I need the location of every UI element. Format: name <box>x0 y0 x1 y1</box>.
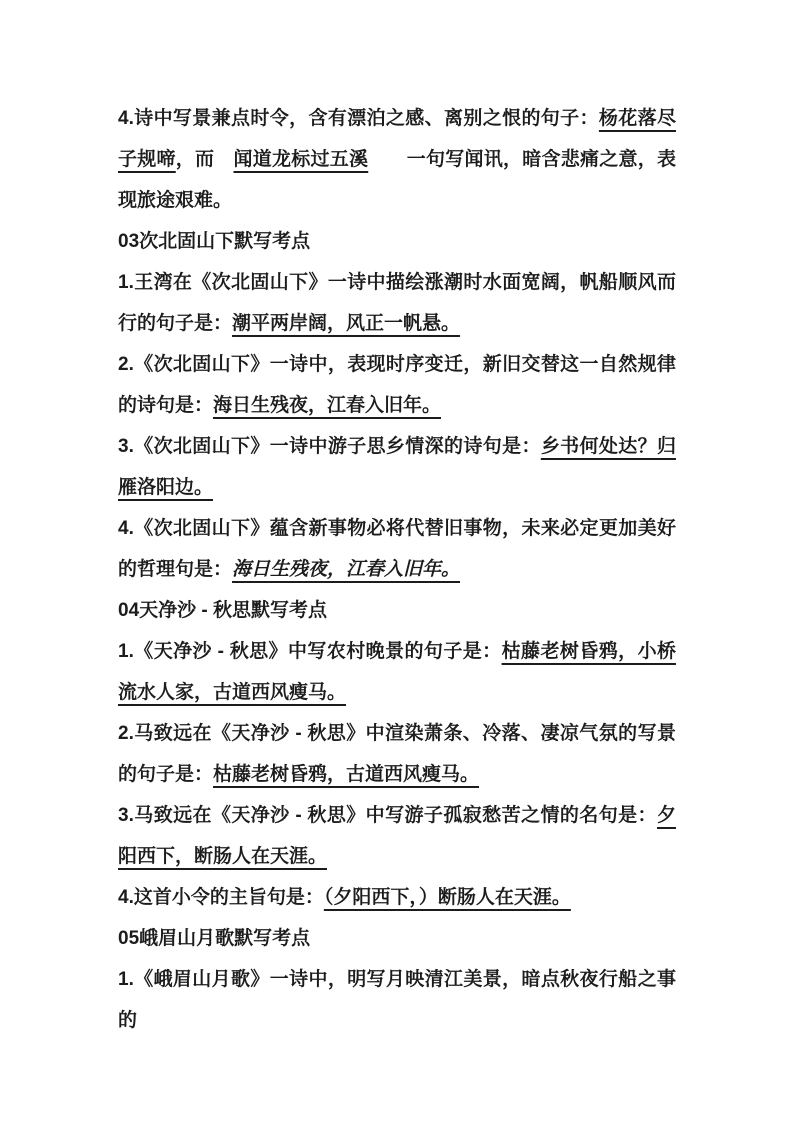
question-tianjingsha-2: 2.马致远在《天净沙 - 秋思》中渲染萧条、冷落、凄凉气氛的写景的句子是：枯藤老… <box>118 713 676 795</box>
question-text: 4.诗中写景兼点时令，含有漂泊之感、离别之恨的句子： <box>118 108 599 129</box>
question-text: 3.马致远在《天净沙 - 秋思》中写游子孤寂愁苦之情的名句是： <box>118 805 657 826</box>
question-tianjingsha-3: 3.马致远在《天净沙 - 秋思》中写游子孤寂愁苦之情的名句是：夕阳西下，断肠人在… <box>118 795 676 877</box>
question-text: 1.《天净沙 - 秋思》中写农村晚景的句子是： <box>118 641 502 662</box>
question-cibeigushanxia-4: 4.《次北固山下》蕴含新事物必将代替旧事物，未来必定更加美好的哲理句是：海日生残… <box>118 508 676 590</box>
answer-text: 潮平两岸阔，风正一帆悬。 <box>232 313 460 334</box>
answer-text: 闻道龙标过五溪 <box>234 149 369 170</box>
answer-text: 海日生残夜，江春入旧年。 <box>213 395 441 416</box>
section-heading-03-cibeigushanxia: 03次北固山下默写考点 <box>118 221 676 262</box>
answer-text: 海日生残夜，江春入旧年。 <box>232 559 460 580</box>
question-cibeigushanxia-2: 2.《次北固山下》一诗中，表现时序变迁，新旧交替这一自然规律的诗句是：海日生残夜… <box>118 344 676 426</box>
answer-text: （夕阳西下，）断肠人在天涯。 <box>324 887 571 908</box>
section-heading-text: 05峨眉山月歌默写考点 <box>118 928 310 949</box>
section-heading-text: 03次北固山下默写考点 <box>118 231 310 252</box>
question-text: 3.《次北固山下》一诗中游子思乡情深的诗句是： <box>118 436 541 457</box>
question-text: 1.《峨眉山月歌》一诗中，明写月映清江美景，暗点秋夜行船之事的 <box>118 969 676 1031</box>
question-cibeigushanxia-1: 1.王湾在《次北固山下》一诗中描绘涨潮时水面宽阔，帆船顺风而行的句子是：潮平两岸… <box>118 262 676 344</box>
section-heading-04-tianjingsha-qiusi: 04天净沙 - 秋思默写考点 <box>118 590 676 631</box>
question-text: ，而 <box>176 149 234 170</box>
document-page: 4.诗中写景兼点时令，含有漂泊之感、离别之恨的句子：杨花落尽子规啼，而 闻道龙标… <box>0 0 793 1122</box>
question-tianjingsha-4: 4.这首小令的主旨句是：（夕阳西下，）断肠人在天涯。 <box>118 877 676 918</box>
section-heading-05-emeishanyuege: 05峨眉山月歌默写考点 <box>118 918 676 959</box>
question-emeishanyuege-1: 1.《峨眉山月歌》一诗中，明写月映清江美景，暗点秋夜行船之事的 <box>118 959 676 1041</box>
question-tianjingsha-1: 1.《天净沙 - 秋思》中写农村晚景的句子是：枯藤老树昏鸦，小桥流水人家，古道西… <box>118 631 676 713</box>
section-heading-text: 04天净沙 - 秋思默写考点 <box>118 600 327 621</box>
question-text: 4.这首小令的主旨句是： <box>118 887 324 908</box>
question-wenwangchangling-4: 4.诗中写景兼点时令，含有漂泊之感、离别之恨的句子：杨花落尽子规啼，而 闻道龙标… <box>118 98 676 221</box>
document-text-block: 4.诗中写景兼点时令，含有漂泊之感、离别之恨的句子：杨花落尽子规啼，而 闻道龙标… <box>118 98 676 1041</box>
answer-text: 枯藤老树昏鸦，古道西风瘦马。 <box>213 764 479 785</box>
question-cibeigushanxia-3: 3.《次北固山下》一诗中游子思乡情深的诗句是：乡书何处达？归雁洛阳边。 <box>118 426 676 508</box>
